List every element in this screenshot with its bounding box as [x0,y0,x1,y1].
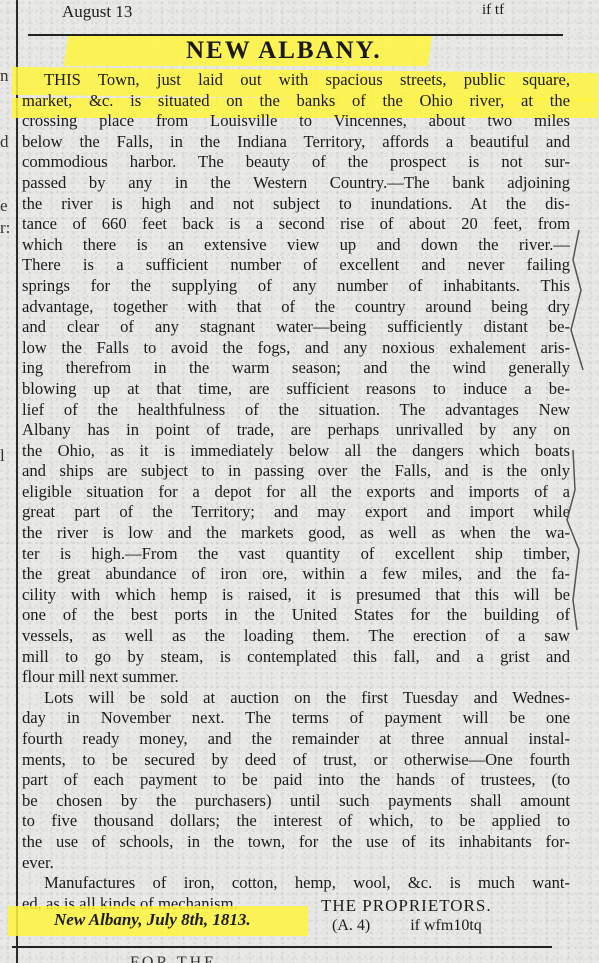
text-line: and clear of any stagnant water—being su… [22,317,570,338]
text-line: springs for the supplying of any number … [22,276,570,297]
text-line: and ships are subject to in passing over… [22,461,570,482]
paragraph-2: Lots will be sold at auction on the firs… [22,688,570,873]
signer: THE PROPRIETORS. [321,896,492,916]
fragment-text: e [0,196,8,216]
text-line: advantage, together with that of the cou… [22,297,570,318]
header-code: if tf [482,2,504,19]
text-line: ter is high.—From the vast quantity of e… [22,544,570,565]
text-line: Lots will be sold at auction on the firs… [22,688,570,709]
text-line: which there is an extensive view up and … [22,235,570,256]
text-line: commodious harbor. The beauty of the pro… [22,152,570,173]
text-line: market, &c. is situated on the banks of … [22,91,570,112]
handwritten-margin-mark-icon [559,220,589,640]
ad-title: NEW ALBANY. [186,37,382,65]
text-line: the great abundance of iron ore, within … [22,564,570,585]
place-date: New Albany, July 8th, 1813. [54,910,251,930]
text-line: great part of the Territory; and may exp… [22,502,570,523]
text-line: the use of schools, in the town, for the… [22,832,570,853]
fragment-text: r: [0,218,10,238]
text-line: fourth ready money, and the remainder at… [22,729,570,750]
fragment-text: d [0,132,9,152]
text-line: tance of 660 feet back is a second rise … [22,214,570,235]
text-line: Albany has in point of trade, are perhap… [22,420,570,441]
text-line: lief of the healthfulness of the situati… [22,400,570,421]
paragraph-1: THIS Town, just laid out with spacious s… [22,70,570,688]
text-line: blowing up at that time, are sufficient … [22,379,570,400]
text-line: THIS Town, just laid out with spacious s… [22,70,570,91]
text-line: ing therefrom in the warm season; and th… [22,358,570,379]
text-line: eligible situation for a depot for all t… [22,482,570,503]
text-line: crossing place from Louisville to Vincen… [22,111,570,132]
run-code: if wfm10tq [410,917,482,934]
signature-date-highlight: New Albany, July 8th, 1813. [8,906,308,936]
bottom-rule [12,946,552,948]
text-line: day in November next. The terms of payme… [22,708,570,729]
text-line: mill to go by steam, is contemplated thi… [22,647,570,668]
ad-reference: (A. 4) [332,917,370,934]
text-line: to five thousand dollars; the interest o… [22,811,570,832]
text-line: below the Falls, in the Indiana Territor… [22,132,570,153]
text-line: one of the best ports in the United Stat… [22,605,570,626]
reference-codes: (A. 4) if wfm10tq [332,917,482,935]
text-line: Manufactures of iron, cotton, hemp, wool… [22,873,570,894]
adjacent-column-fragments: n d e r: l [0,0,15,963]
text-line: the river is high and not subject to inu… [22,194,570,215]
text-line: the Ohio, as it is immediately below all… [22,441,570,462]
text-line: flour mill next summer. [22,667,570,688]
text-line: be chosen by the purchasers) until such … [22,791,570,812]
next-ad-heading-fragment: FOR THE ... [130,954,245,963]
text-line: low the Falls to avoid the fogs, and any… [22,338,570,359]
fragment-text: l [0,446,5,466]
fragment-text: n [0,66,9,86]
text-line: There is a sufficient number of excellen… [22,255,570,276]
advertisement-body: THIS Town, just laid out with spacious s… [22,70,570,914]
text-line: ments, to be secured by deed of trust, o… [22,750,570,771]
header-date: August 13 [62,2,132,22]
text-line: vessels, as well as the loading them. Th… [22,626,570,647]
column-divider [16,0,18,963]
text-line: part of each payment to be paid into the… [22,770,570,791]
text-line: the river is low and the markets good, a… [22,523,570,544]
text-line: cility with which hemp is raised, it is … [22,585,570,606]
text-line: ever. [22,853,570,874]
text-line: passed by any in the Western Country.—Th… [22,173,570,194]
